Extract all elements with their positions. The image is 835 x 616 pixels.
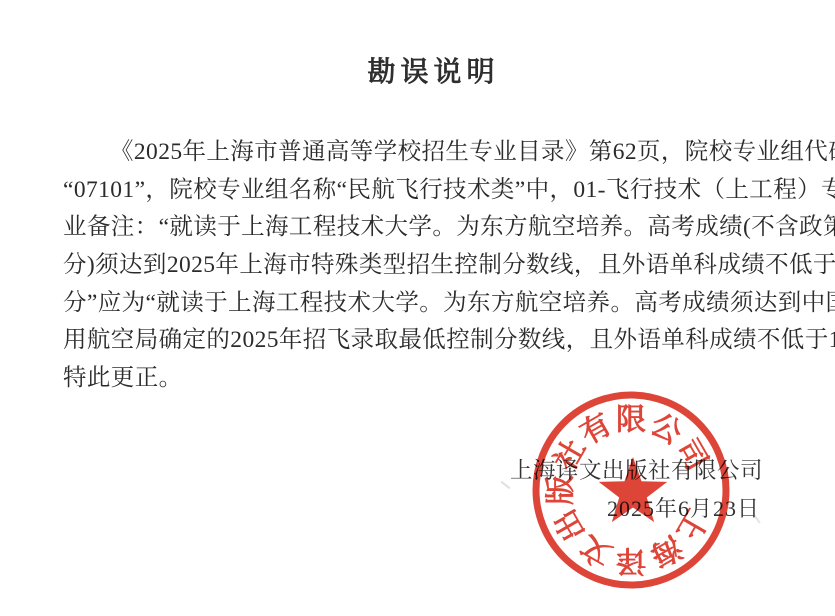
paragraph: 《2025年上海市普通高等学校招生专业目录》第62页，院校专业组代码 “0710… — [63, 134, 773, 398]
paragraph-line: 分”应为“就读于上海工程技术大学。为东方航空培养。高考成绩须达到中国民 — [63, 285, 773, 323]
paragraph-line: 业备注：“就读于上海工程技术大学。为东方航空培养。高考成绩(不含政策性加 — [63, 209, 773, 247]
seal-ring-text: 上海译文出版社有限公司 — [545, 404, 714, 577]
scan-artifact — [501, 481, 511, 489]
company-seal: 上海译文出版社有限公司 — [521, 380, 741, 600]
seal-ring-char: 出 — [549, 504, 593, 546]
page-title: 勘误说明 — [16, 50, 835, 90]
document-page: 勘误说明 《2025年上海市普通高等学校招生专业目录》第62页，院校专业组代码 … — [0, 0, 835, 616]
seal-ring-circle — [536, 395, 726, 585]
seal-ring-char: 译 — [616, 544, 646, 577]
paragraph-line: 用航空局确定的2025年招飞录取最低控制分数线，且外语单科成绩不低于100分”。 — [63, 322, 773, 360]
seal-ring-char: 文 — [575, 529, 617, 573]
seal-ring-char: 有 — [575, 408, 617, 452]
seal-ring-char: 海 — [645, 529, 687, 573]
signature-company: 上海译文出版社有限公司 — [510, 453, 763, 485]
signature-date: 2025年6月23日 — [607, 492, 760, 523]
paragraph-line: 分)须达到2025年上海市特殊类型招生控制分数线，且外语单科成绩不低于100 — [63, 247, 773, 285]
paragraph-line: “07101”，院校专业组名称“民航飞行技术类”中，01-飞行技术（上工程）专 — [63, 172, 773, 210]
seal-ring-char: 公 — [645, 408, 687, 452]
seal-ring-char: 限 — [616, 404, 646, 437]
paragraph-line: 《2025年上海市普通高等学校招生专业目录》第62页，院校专业组代码 — [63, 134, 773, 172]
paragraph-closing-line: 特此更正。 — [63, 360, 773, 398]
